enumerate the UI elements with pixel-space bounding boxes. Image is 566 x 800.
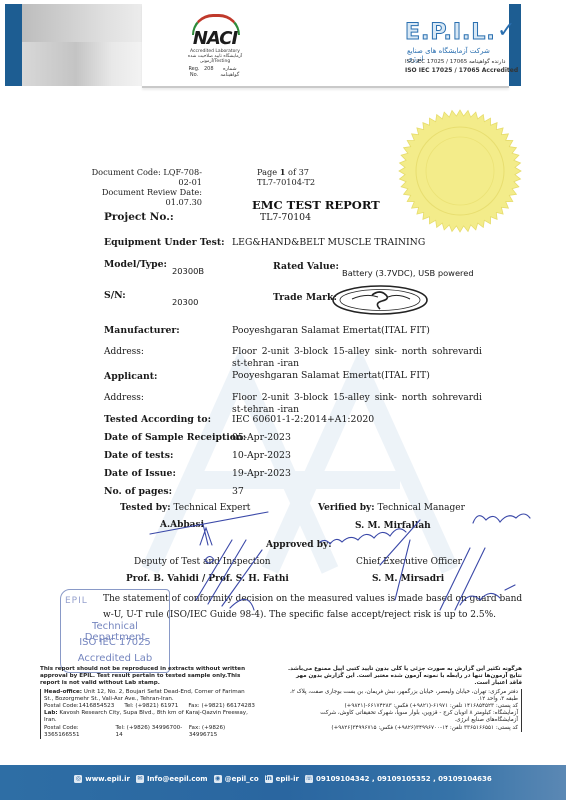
website-link[interactable]: ◎www.epil.ir [74, 775, 130, 783]
project-no-value: TL7-70104 [260, 212, 311, 223]
applicant-value: Pooyeshgaran Salamat Emertat(ITAL FIT) [232, 370, 430, 381]
deputy-names: Prof. B. Vahidi / Prof. S. H. Fathi [126, 574, 289, 584]
lab-tel: Tel: (+9826) 34996700-14 [116, 725, 189, 739]
rated-value-value: Battery (3.7VDC), USB powered [342, 268, 474, 278]
num-pages-label: No. of pages: [104, 486, 172, 497]
naci-reg-label-fa: شماره گواهینامه [214, 66, 246, 78]
date-issue-value: 19-Apr-2023 [232, 468, 291, 479]
rated-value-label: Rated Value: [273, 261, 339, 272]
instagram-link[interactable]: ◉@epil_co [214, 775, 259, 783]
sample-receipt-label: Date of Sample Receiption: [104, 432, 246, 443]
date-issue-label: Date of Issue: [104, 468, 176, 479]
equipment-label: Equipment Under Test: [104, 237, 225, 248]
applicant-label: Applicant: [104, 371, 157, 382]
manufacturer-address-label: Address: [104, 347, 144, 357]
page-suffix: of 37 [285, 167, 309, 177]
model-label: Model/Type: [104, 259, 167, 270]
document-review-date: Document Review Date: 01.07.30 [80, 187, 202, 207]
deputy-role: Deputy of Test and Inspection [134, 557, 271, 567]
project-no-label: Project No.: [104, 211, 174, 223]
check-icon: ✓ [497, 18, 515, 43]
tested-by: Tested by: Technical Expert [120, 503, 250, 513]
verified-by: Verified by: Technical Manager [318, 503, 465, 513]
naci-logo: NACI Accredited Laboratory آزمایشگاه تای… [180, 14, 250, 76]
stamp-line1: EPIL [65, 596, 88, 606]
instagram-icon: ◉ [214, 775, 222, 783]
sn-label: S/N: [104, 290, 126, 301]
instagram-text: @epil_co [225, 775, 259, 783]
footer-english: This report should not be reproduced in … [40, 666, 255, 739]
linkedin-text: epil-ir [276, 775, 299, 783]
manufacturer-address-value: Floor 2-unit 3-block 15-alley sink- nort… [232, 346, 482, 370]
epil-name: E.P.I.L. [405, 20, 496, 45]
naci-name: NACI [180, 28, 250, 49]
sample-receipt-value: 05-Apr-2023 [232, 432, 291, 443]
report-title: EMC TEST REPORT [252, 198, 380, 212]
ho-fax: Fax: (+9821) 66174283 [188, 703, 255, 710]
ho-tel: Tel: (+9821) 61971 [124, 703, 178, 710]
footer-addresses-fa: دفتر مرکزی: تهران، خیابان ولیعصر، خیابان… [287, 689, 522, 732]
tested-by-name: A.Abbasi [160, 520, 204, 530]
lab-fa: آزمایشگاه: کیلومتر ۸ اتوبان کرج - قزوین،… [287, 710, 518, 724]
email-text: Info@eepil.com [147, 775, 208, 783]
globe-icon: ◎ [74, 775, 82, 783]
document-code: Document Code: LQF-708-02-01 [80, 167, 202, 187]
verified-by-name: S. M. Mirfallah [355, 521, 431, 531]
naci-subtitle: Accredited Laboratory آزمایشگاه تایید صل… [180, 49, 250, 64]
lab-contact-fa: کد پستی: ۳۳۶۵۱۶۶۵۵۱ تلفن: ۱۴-۳۴۹۹۶۷۰۰(۹۸… [287, 725, 518, 732]
document-meta-right: Page 1 of 37 TL7-70104-T2 [257, 167, 315, 187]
footer-contact-links: ◎www.epil.ir ✉Info@eepil.com ◉@epil_co i… [0, 775, 566, 783]
header-gray-block [22, 4, 142, 86]
trade-mark-label: Trade Mark: [273, 292, 337, 303]
applicant-address-label: Address: [104, 393, 144, 403]
lab-fax: Fax: (+9826) 34996715 [189, 725, 255, 739]
mail-icon: ✉ [136, 775, 144, 783]
naci-reg-label: Reg. No. [184, 66, 204, 78]
footer-persian: هرگونه تکثیر این گزارش به صورت جزئی یا ک… [287, 666, 522, 732]
head-office-contact: Postal Code:1416854523 Tel: (+9821) 6197… [44, 703, 255, 710]
website-text: www.epil.ir [85, 775, 130, 783]
num-pages-value: 37 [232, 486, 244, 497]
approved-by-label: Approved by: [266, 540, 332, 550]
ho-postal: Postal Code:1416854523 [44, 703, 114, 710]
document-meta-left: Document Code: LQF-708-02-01 Document Re… [80, 167, 202, 207]
sn-value: 20300 [172, 297, 198, 307]
tested-according-label: Tested According to: [104, 414, 211, 425]
lab-label: Lab: [44, 710, 58, 716]
lab-address: Kavosh Research City, Supa Blvd., 8th km… [44, 710, 248, 723]
lab-postal: Postal Code: 3365166551 [44, 725, 116, 739]
conformity-statement: The statement of conformity decision on … [103, 591, 523, 623]
tested-by-label: Tested by: [120, 503, 171, 513]
header-left-bar [5, 4, 22, 86]
stamp-line3: ISO IEC 17025 [61, 637, 169, 648]
whatsapp-icon: ☏ [305, 775, 313, 783]
phone-link[interactable]: ☏09109104342 , 09109105352 , 09109104636 [305, 775, 492, 783]
date-tests-label: Date of tests: [104, 450, 173, 461]
applicant-address-value: Floor 2-unit 3-block 15-alley sink- nort… [232, 392, 482, 416]
verified-by-role: Technical Manager [375, 503, 465, 513]
naci-subtitle-fa2: آزمونی/Testing [180, 59, 250, 64]
verified-by-label: Verified by: [318, 503, 375, 513]
tested-by-role: Technical Expert [171, 503, 251, 513]
ceo-role: Chief Executive Officer [356, 557, 462, 567]
footer-warning-en: This report should not be reproduced in … [40, 666, 255, 688]
equipment-value: LEG&HAND&BELT MUSCLE TRAINING [232, 237, 425, 248]
naci-reg-number: 208 [204, 66, 214, 78]
tested-according-value: IEC 60601-1-2:2014+A1:2020 [232, 414, 374, 425]
date-tests-value: 10-Apr-2023 [232, 450, 291, 461]
page-prefix: Page [257, 167, 280, 177]
gold-seal-icon [398, 109, 522, 233]
model-value: 20300B [172, 266, 204, 276]
footer-warning-fa: هرگونه تکثیر این گزارش به صورت جزئی یا ک… [287, 666, 522, 688]
manufacturer-label: Manufacturer: [104, 325, 180, 336]
head-office-fa: دفتر مرکزی: تهران، خیابان ولیعصر، خیابان… [287, 689, 518, 703]
linkedin-link[interactable]: inepil-ir [265, 775, 299, 783]
report-reference: TL7-70104-T2 [257, 177, 315, 187]
stamp-line4: Accredited Lab [61, 653, 169, 664]
trade-mark-logo [330, 283, 430, 317]
epil-iso-line2: ISO IEC 17025 / 17065 Accredited [405, 67, 518, 74]
page-indicator: Page 1 of 37 [257, 167, 315, 177]
head-office-label: Head-office: [44, 689, 82, 695]
linkedin-icon: in [265, 775, 273, 783]
epil-logo: E.P.I.L. ✓ شرکت آزمایشگاه های صنایع انرژ… [405, 20, 515, 80]
manufacturer-value: Pooyeshgaran Salamat Emertat(ITAL FIT) [232, 325, 430, 336]
lab-contact: Postal Code: 3365166551 Tel: (+9826) 349… [44, 725, 255, 739]
epil-iso-line1: ISO IEC 17025 / 17065 دارنده گواهینامه [405, 59, 505, 65]
footer-addresses-en: Head-office: Unit 12, No. 2, Boujari Sef… [40, 689, 255, 739]
email-link[interactable]: ✉Info@eepil.com [136, 775, 208, 783]
lab-en: Lab: Kavosh Research City, Supa Blvd., 8… [44, 710, 255, 724]
naci-reg: Reg. No. 208 شماره گواهینامه [184, 66, 246, 78]
head-office-en: Head-office: Unit 12, No. 2, Boujari Sef… [44, 689, 255, 703]
ceo-name: S. M. Mirsadri [372, 574, 444, 584]
phones-text: 09109104342 , 09109105352 , 09109104636 [316, 775, 492, 783]
